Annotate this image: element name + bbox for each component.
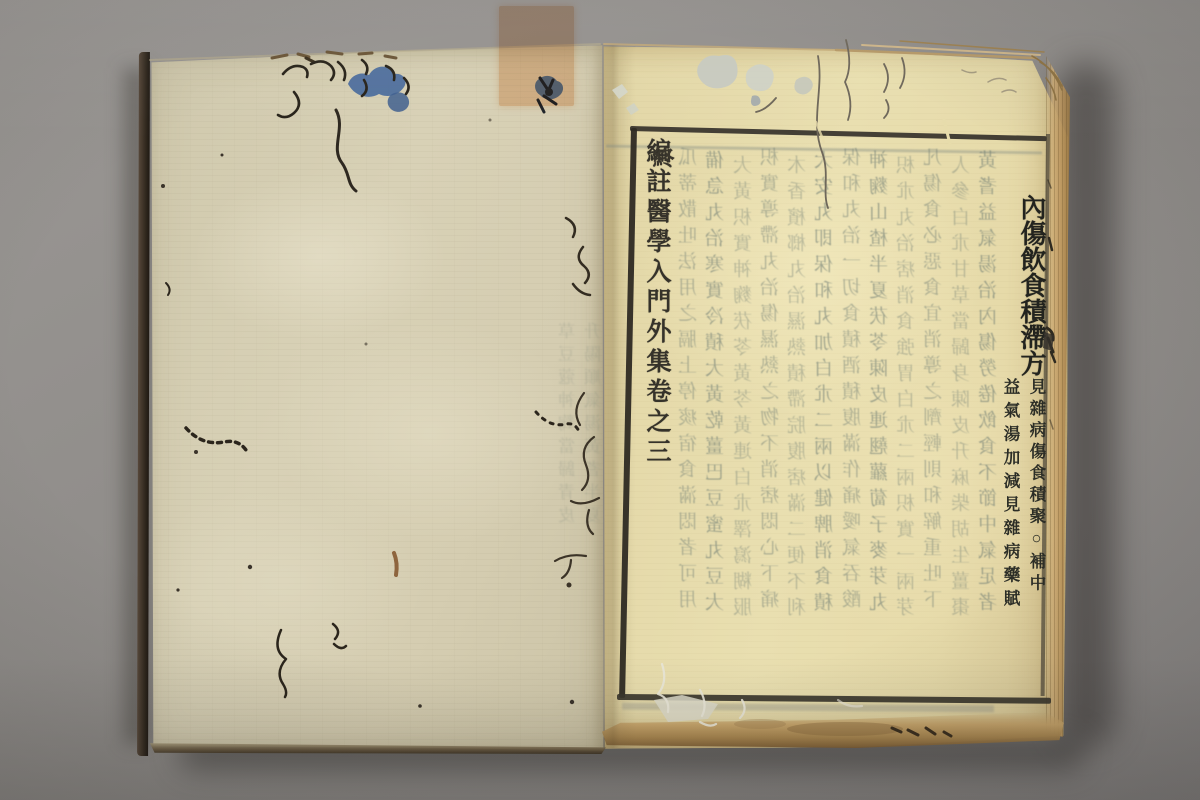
left-page-bleedthrough: 升陽順氣湯黃耆半夏 草豆蔻神麴當歸青皮 [556,322,602,652]
volume-title-text: 編註醫學入門外集卷之三 [638,138,674,468]
bleedthrough-column: 人參白朮甘草當歸身陳皮升麻柴胡生薑棗 [949,155,971,703]
bleedthrough-column: 瓜蒂散吐法用之膈上停痰宿食滿悶者可用 [676,147,698,695]
left-blank-page [146,44,604,752]
bleedthrough-column: 枳實導滯丸治傷濕熱之物不消痞悶心下痛 [758,147,780,695]
bleedthrough-column: 備急丸治寒實冷積大黃乾薑巴豆蜜丸豆大 [703,150,725,698]
annotation-column: 益氣湯加減見雜病藥賦 [996,378,1022,643]
bleedthrough-column: 升陽順氣湯黃耆半夏 [582,322,602,652]
bleedthrough-column: 大安丸即保和丸加白朮二兩以健脾消食積 [812,150,834,698]
bleedthrough-column: 枳朮丸治痞消食強胃白朮二兩枳實一兩芽 [894,155,916,703]
bleedthrough-column: 草豆蔻神麴當歸青皮 [556,322,576,652]
stacked-sheet-edge [900,41,1044,52]
annotation-columns: 見雜病傷食積聚○補中 益氣湯加減見雜病藥賦 [994,378,1048,643]
bleedthrough-column: 神麴山楂半夏茯苓陳皮連翹蘿蔔子麥芽丸 [867,150,889,698]
volume-end-mark: 終 [647,146,678,173]
book-cover-edge [137,52,150,756]
book-photo: 黃耆益氣湯治內傷勞倦飲食不節中氣足者 人參白朮甘草當歸身陳皮升麻柴胡生薑棗 凡傷… [0,0,1200,800]
bleedthrough-text: 黃耆益氣湯治內傷勞倦飲食不節中氣足者 人參白朮甘草當歸身陳皮升麻柴胡生薑棗 凡傷… [676,150,998,698]
bleedthrough-column: 保和丸治一切食積酒積腹滿作痛噯氣吞酸 [840,147,862,695]
bleedthrough-column: 大黃枳實神麴茯苓黃芩黃連白朮澤瀉糊服 [731,155,753,703]
bleedthrough-column: 凡傷食必惡食宜消導之劑輕則和解重吐下 [921,147,943,695]
orange-stamp-overlay [499,6,574,106]
section-heading-column: 內傷飲食積滯方 [1012,194,1050,376]
bleedthrough-column: 木香檳榔丸治濕熱積滯脘腹痞滿二便不利 [785,155,807,703]
annotation-column: 見雜病傷食積聚○補中 [1022,378,1048,643]
